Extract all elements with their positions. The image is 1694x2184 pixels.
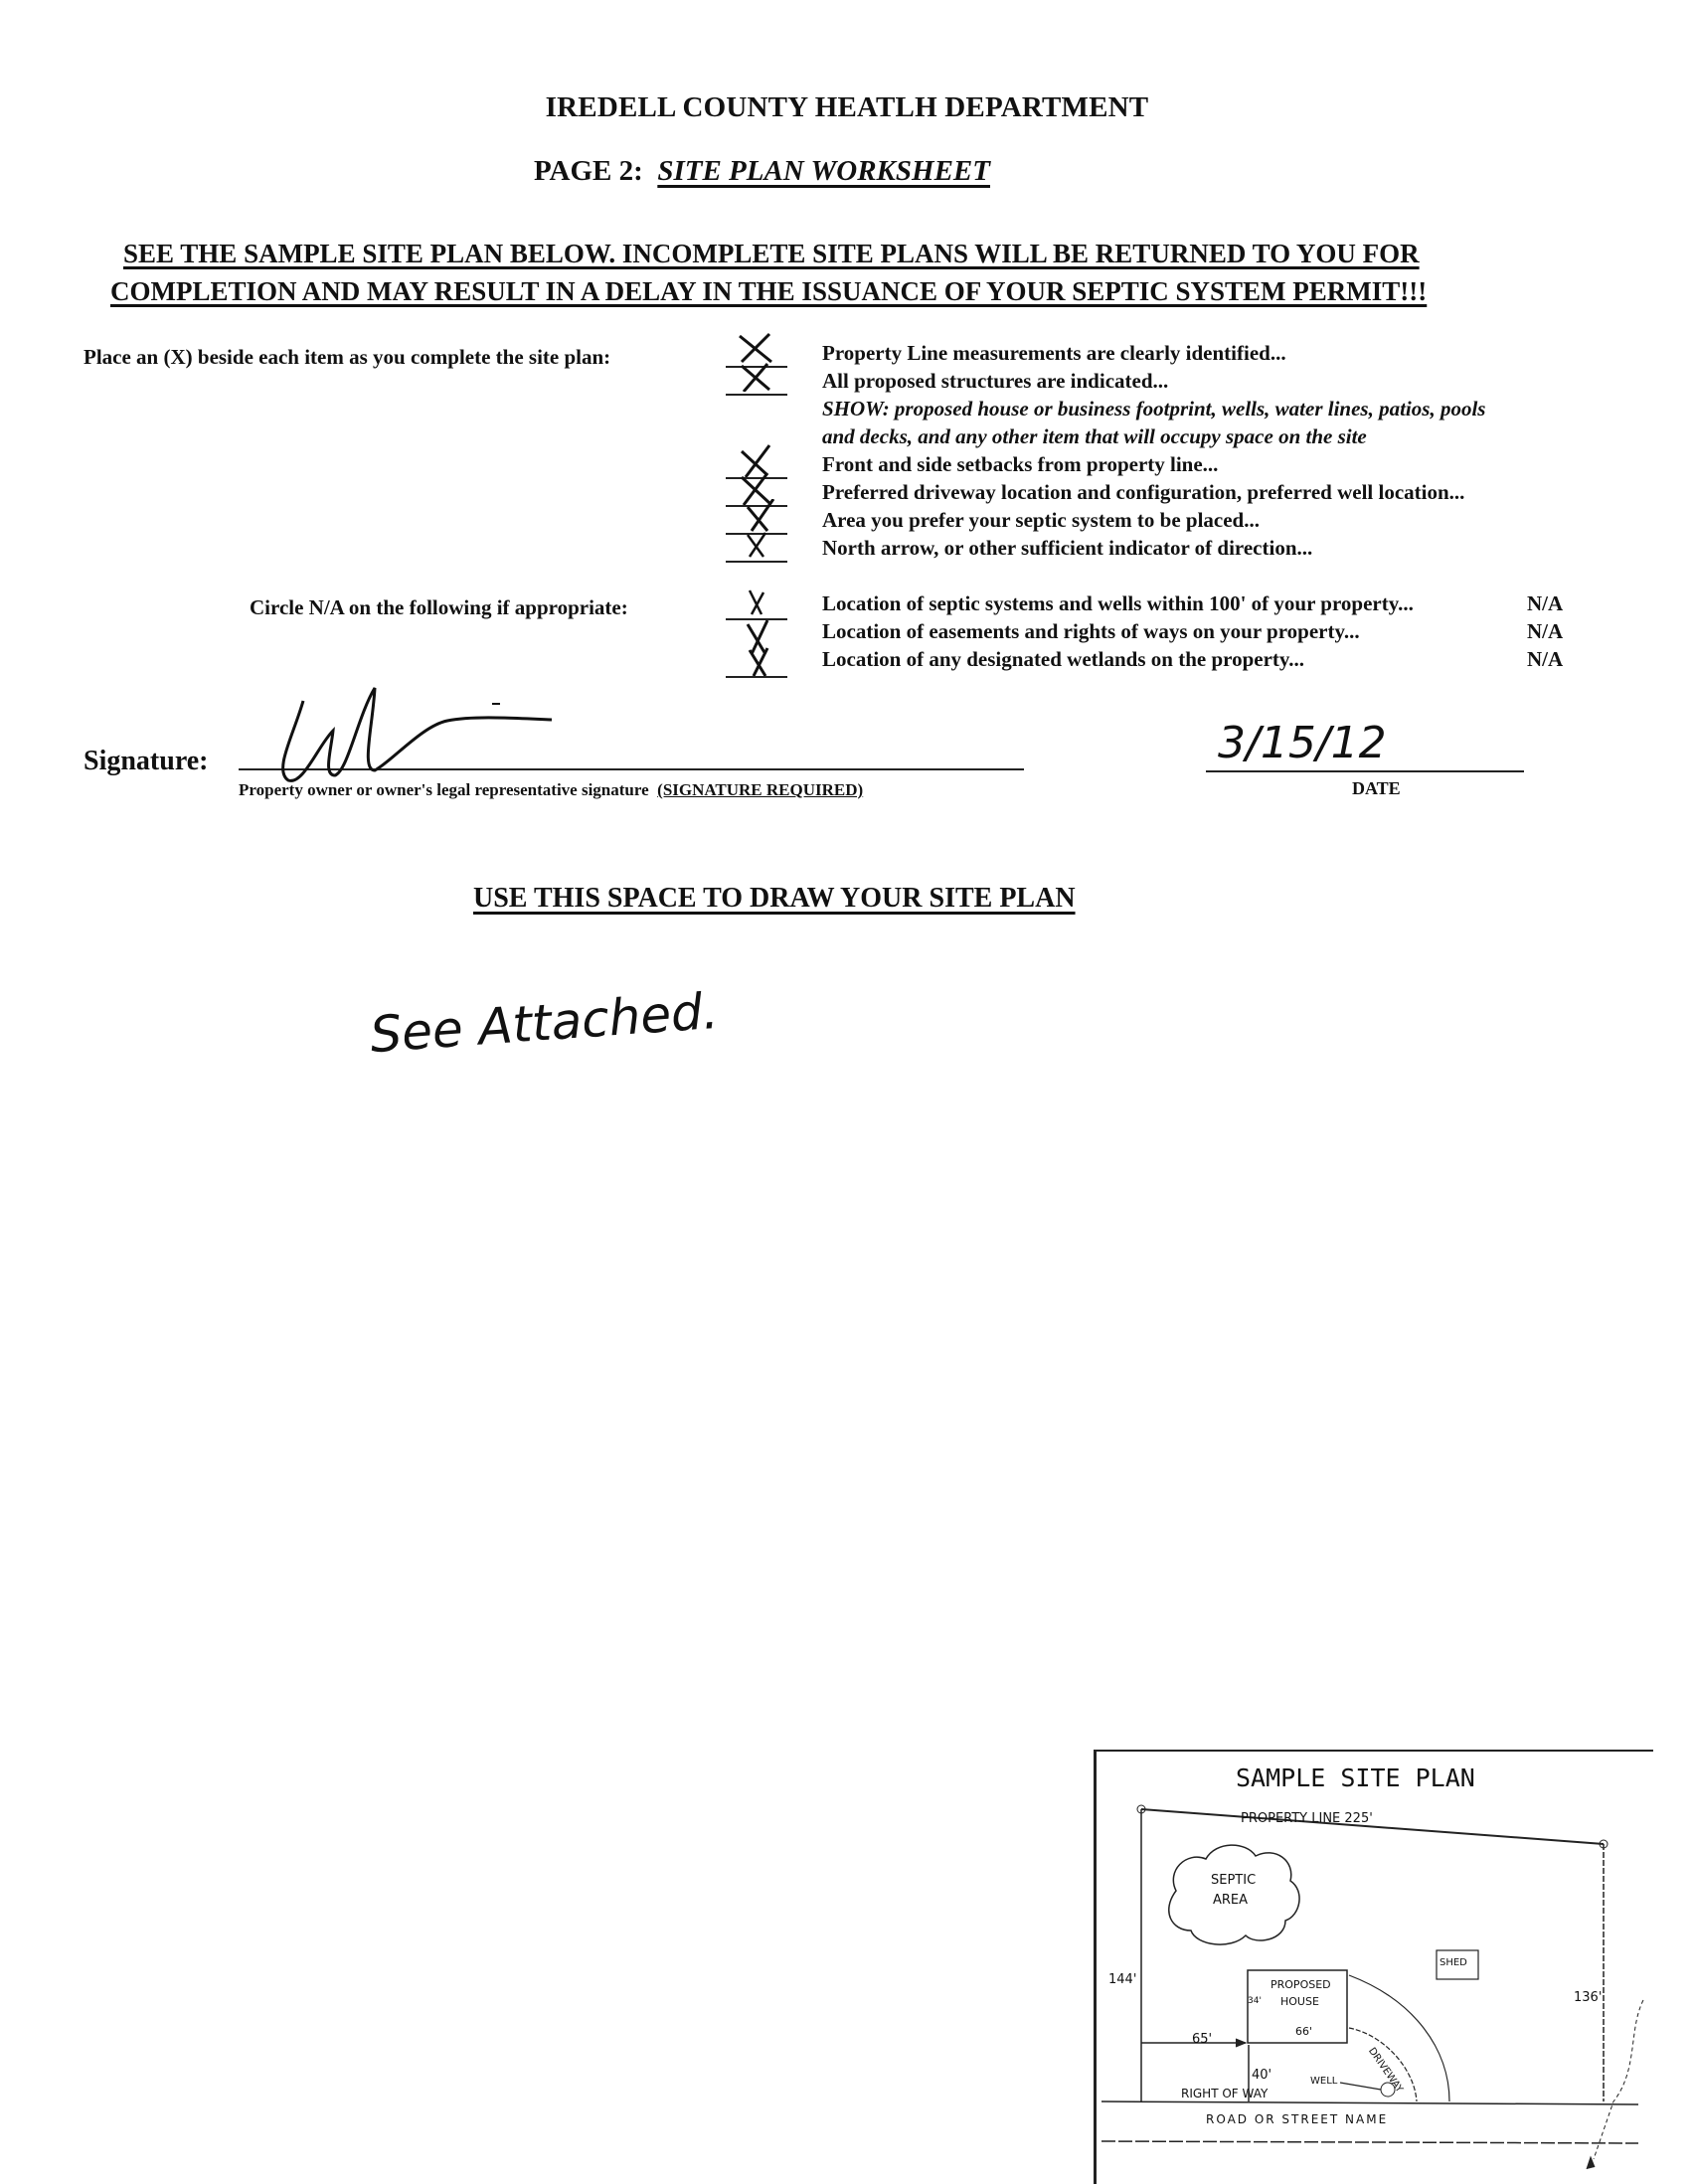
date-line[interactable] — [1206, 770, 1524, 772]
na-option[interactable]: N/A — [1527, 591, 1563, 616]
house-label-1: PROPOSED — [1270, 1978, 1331, 1991]
na-option[interactable]: N/A — [1527, 647, 1563, 672]
checklist-item: Front and side setbacks from property li… — [822, 452, 1218, 477]
house-width: 66' — [1295, 2025, 1312, 2038]
na-instruction: Circle N/A on the following if appropria… — [250, 595, 628, 620]
x-mark-icon — [734, 360, 777, 392]
left-dimension: 144' — [1108, 1972, 1136, 1987]
na-item: Location of septic systems and wells wit… — [822, 591, 1414, 616]
checkbox-wetlands[interactable] — [726, 648, 787, 678]
signature-caption: Property owner or owner's legal represen… — [239, 780, 863, 800]
page-label: PAGE 2: — [534, 155, 643, 187]
checklist-instruction: Place an (X) beside each item as you com… — [84, 345, 610, 370]
septic-label-2: AREA — [1213, 1893, 1248, 1908]
shed-label: SHED — [1440, 1957, 1467, 1968]
signature-label: Signature: — [84, 746, 209, 777]
x-mark-icon — [734, 585, 777, 616]
date-label: DATE — [1352, 778, 1401, 799]
right-dimension: 136' — [1574, 1990, 1602, 2005]
checklist-item: Property Line measurements are clearly i… — [822, 341, 1286, 366]
checklist-note: and decks, and any other item that will … — [822, 424, 1367, 449]
checkbox-north-arrow[interactable] — [726, 533, 787, 563]
na-item: Location of easements and rights of ways… — [822, 619, 1360, 644]
checklist-item: All proposed structures are indicated... — [822, 369, 1168, 394]
front-setback: 40' — [1252, 2068, 1271, 2083]
signature-scribble — [263, 676, 621, 785]
checklist-item: Preferred driveway location and configur… — [822, 480, 1464, 505]
checklist-note: SHOW: proposed house or business footpri… — [822, 397, 1485, 421]
na-option[interactable]: N/A — [1527, 619, 1563, 644]
house-label-2: HOUSE — [1280, 1995, 1319, 2008]
checkbox-structures[interactable] — [726, 366, 787, 396]
warning-line-1: SEE THE SAMPLE SITE PLAN BELOW. INCOMPLE… — [123, 239, 1420, 269]
sample-site-plan: SAMPLE SITE PLAN PROPERTY LINE 225' SEPT… — [1094, 1750, 1653, 2184]
checklist-item: Area you prefer your septic system to be… — [822, 508, 1260, 533]
department-title: IREDELL COUNTY HEATLH DEPARTMENT — [0, 91, 1694, 124]
na-item: Location of any designated wetlands on t… — [822, 647, 1304, 672]
road-label: ROAD OR STREET NAME — [1206, 2112, 1388, 2126]
x-mark-icon — [734, 527, 777, 559]
side-setback: 65' — [1192, 2032, 1212, 2047]
checklist-item: North arrow, or other sufficient indicat… — [822, 536, 1312, 561]
septic-label-1: SEPTIC — [1211, 1873, 1256, 1888]
house-depth: 34' — [1248, 1996, 1262, 2006]
property-line-label: PROPERTY LINE 225' — [1241, 1811, 1373, 1826]
signature-required: (SIGNATURE REQUIRED) — [657, 780, 863, 799]
checkbox-easements[interactable] — [726, 620, 787, 648]
draw-area[interactable] — [80, 944, 1074, 2137]
date-handwritten: 3/15/12 — [1218, 718, 1387, 768]
worksheet-title: SITE PLAN WORKSHEET — [657, 155, 990, 187]
page-title: PAGE 2: SITE PLAN WORKSHEET — [534, 155, 990, 188]
draw-area-heading: USE THIS SPACE TO DRAW YOUR SITE PLAN — [473, 883, 1076, 915]
warning-line-2: COMPLETION AND MAY RESULT IN A DELAY IN … — [110, 276, 1427, 307]
well-label: WELL — [1310, 2076, 1337, 2087]
right-of-way-label: RIGHT OF WAY — [1181, 2087, 1268, 2100]
